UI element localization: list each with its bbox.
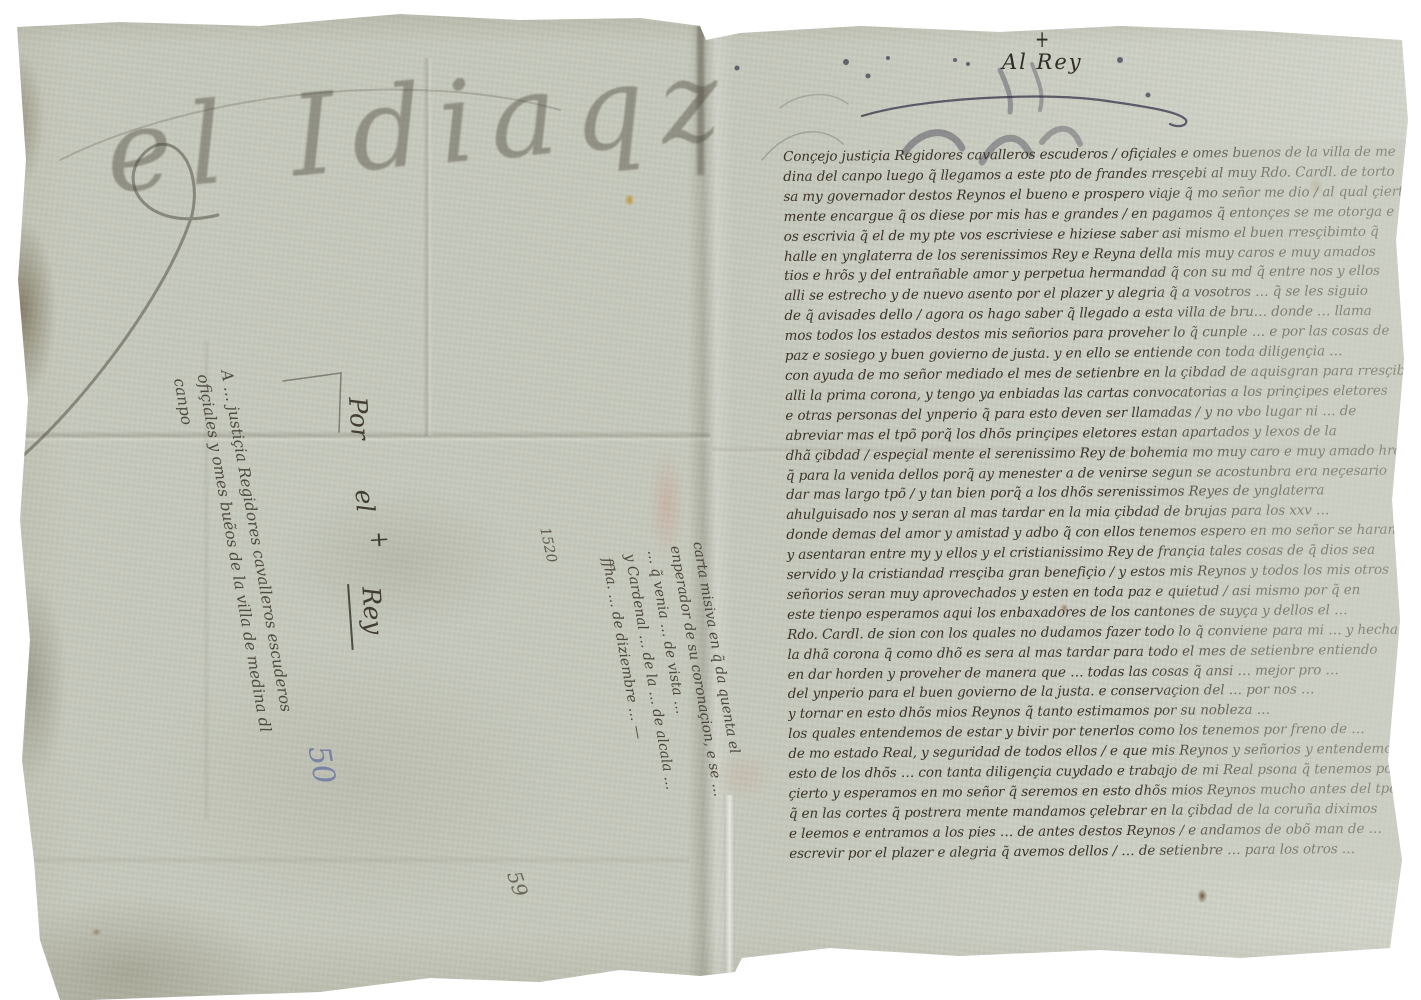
cross-mark-icon: + bbox=[364, 530, 396, 549]
por-el-rey-word: Por bbox=[343, 396, 375, 441]
al-rey-heading: Al Rey bbox=[1002, 50, 1083, 74]
archival-docket-note: carta misiva en q̃ da quenta elenperador… bbox=[595, 540, 776, 946]
manuscript-paper: el Idiaqz A … justiçia Regidores cavalle… bbox=[0, 0, 1421, 1000]
por-el-rey-docket: Por el + Rey bbox=[343, 396, 394, 707]
por-el-rey-word: el bbox=[350, 489, 381, 514]
corner-ink-number: 59 bbox=[502, 868, 533, 900]
faded-flourish-inscription: el Idiaqz bbox=[101, 35, 730, 219]
letter-text-block: Conçejo justiçia Regidores cavalleros es… bbox=[783, 143, 1411, 865]
manuscript-photo: el Idiaqz A … justiçia Regidores cavalle… bbox=[0, 0, 1421, 1000]
address-docket: A … justiçia Regidores cavalleros escude… bbox=[167, 368, 314, 814]
archival-year-note: 1520 bbox=[536, 526, 559, 564]
blue-pencil-number: 50 bbox=[301, 743, 342, 787]
horizontal-fold-crease-lower bbox=[30, 856, 690, 864]
por-el-rey-word: Rey bbox=[347, 582, 389, 650]
ink-specks bbox=[735, 56, 1151, 98]
